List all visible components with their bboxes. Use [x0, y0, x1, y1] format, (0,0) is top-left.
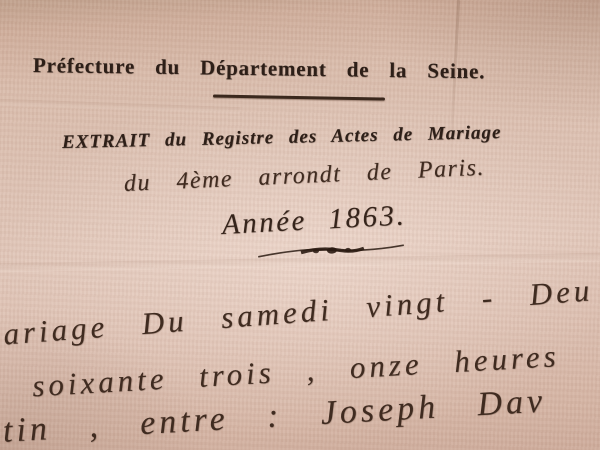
document-photo: Préfecture du Département de la Seine. E… [0, 0, 600, 450]
photo-vignette [0, 0, 600, 450]
